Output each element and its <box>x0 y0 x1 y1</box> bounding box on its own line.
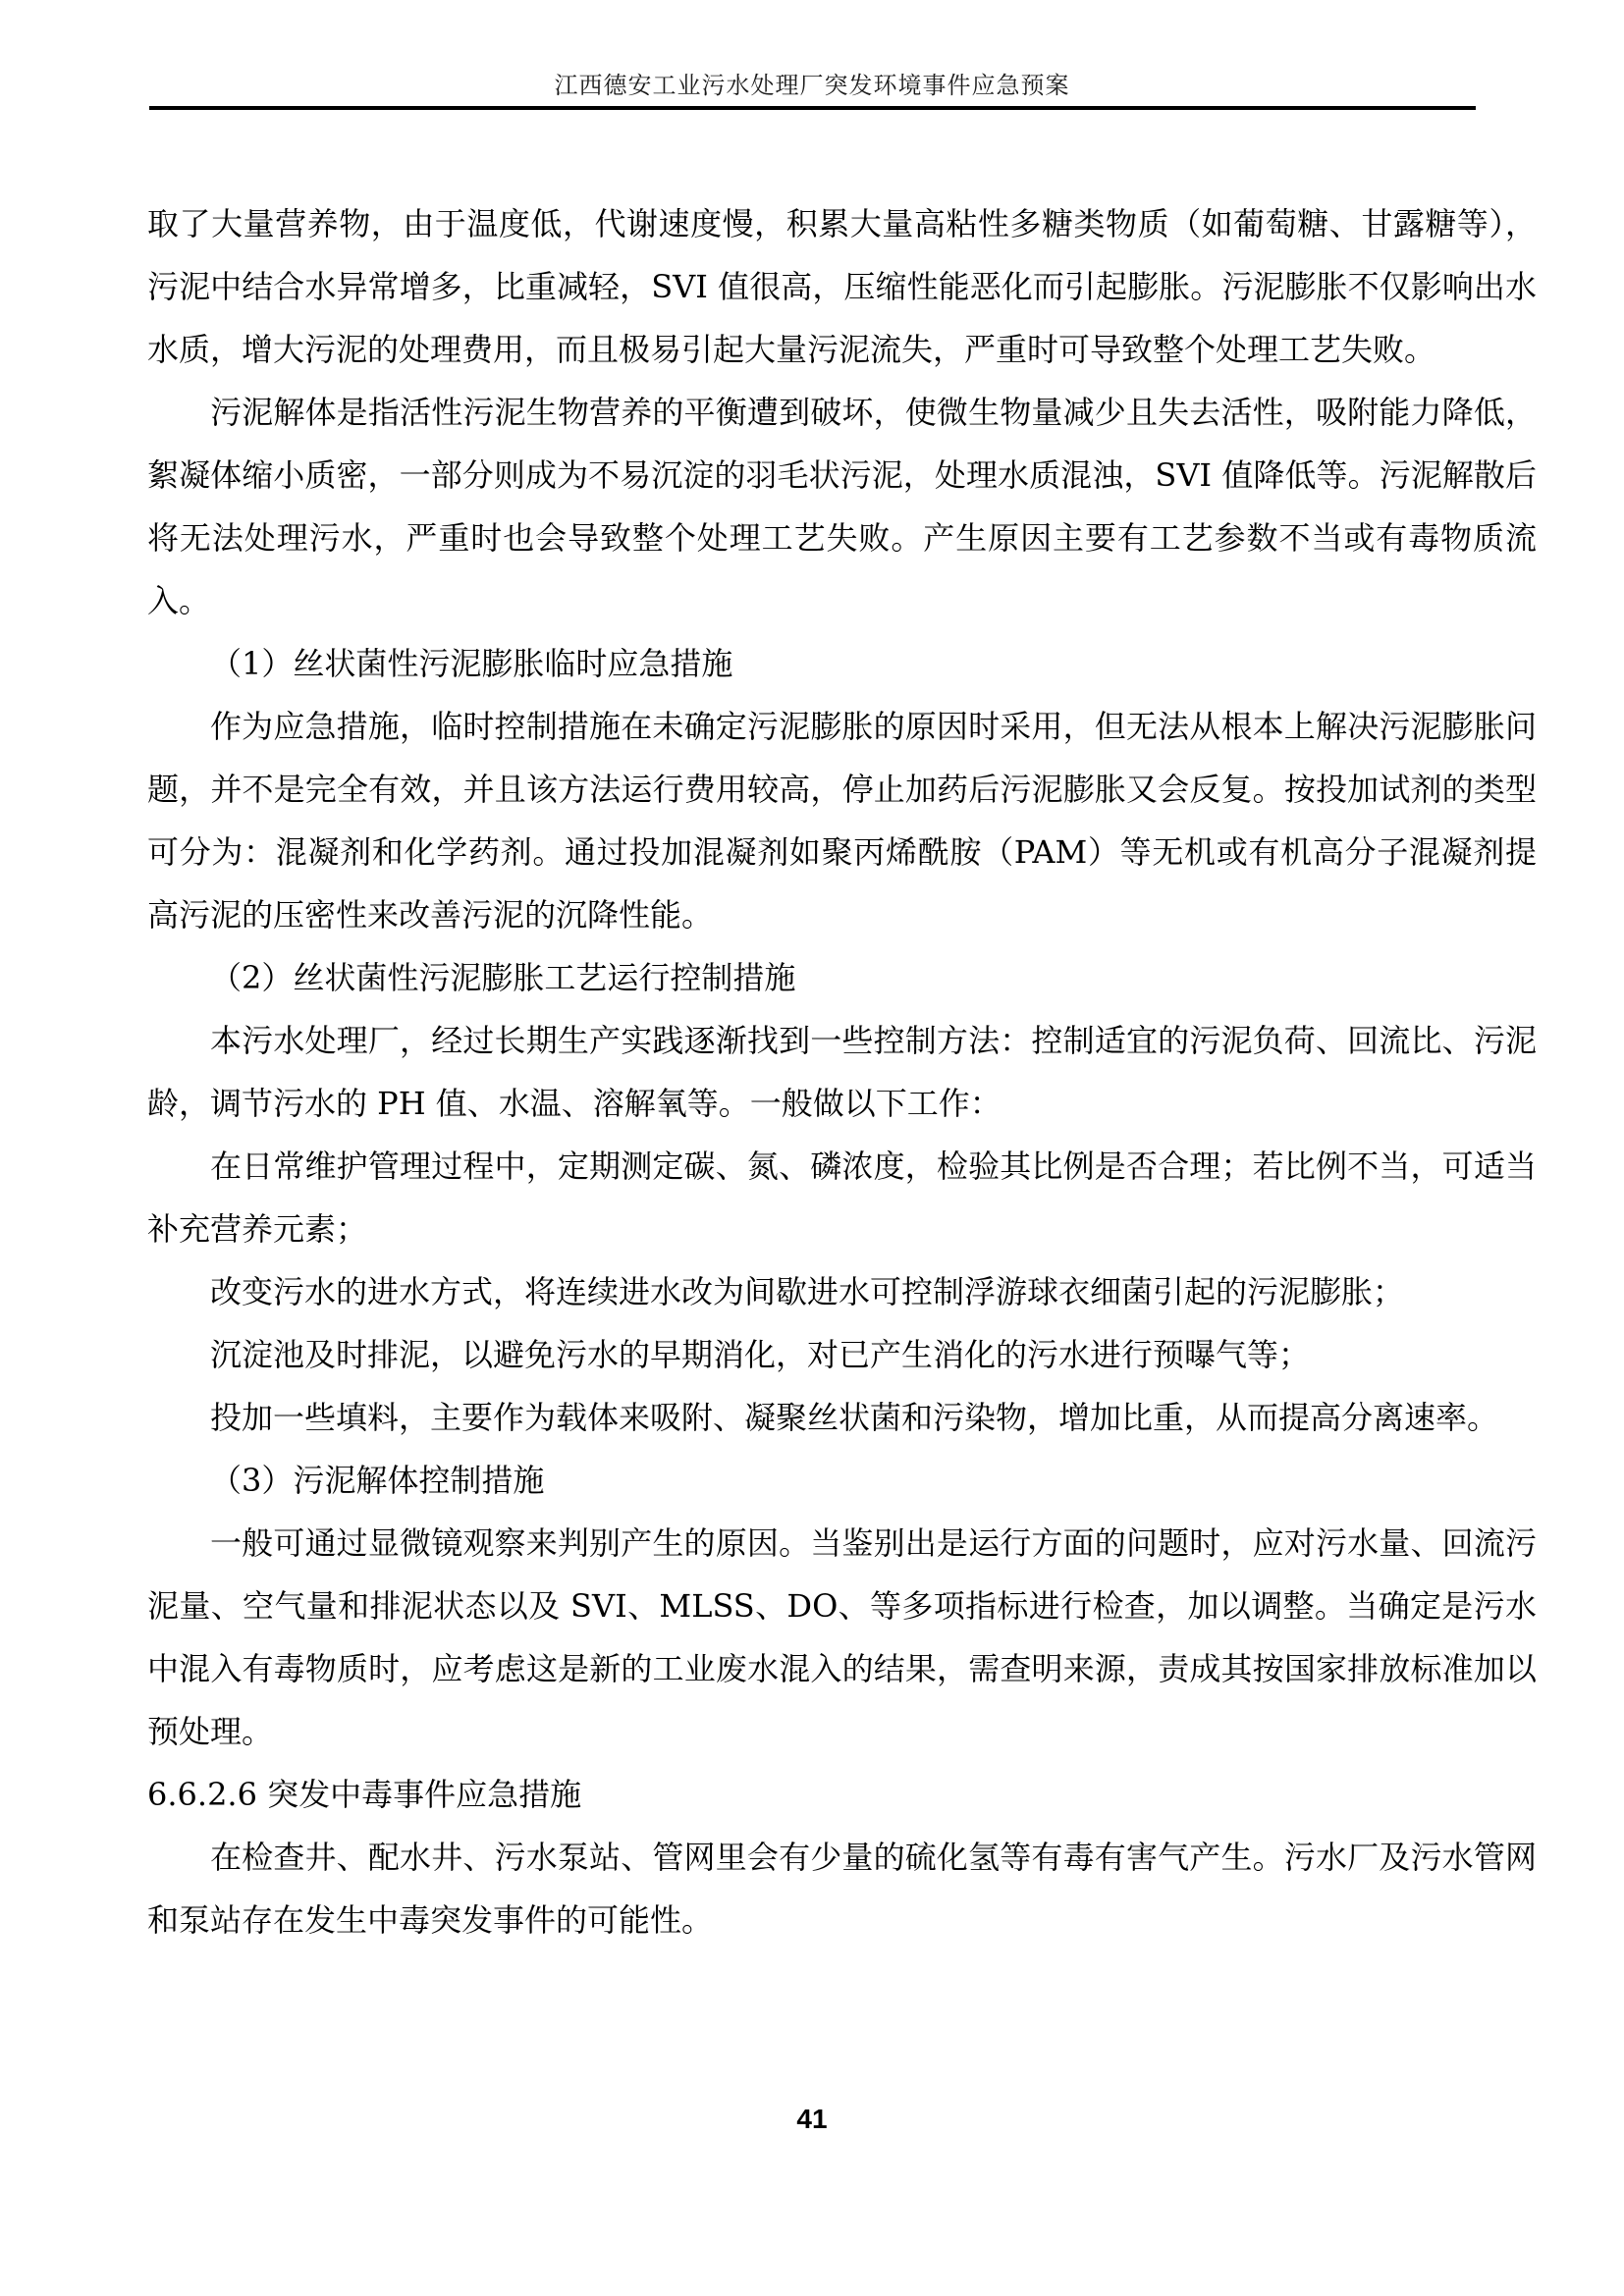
document-body: 取了大量营养物，由于温度低，代谢速度慢，积累大量高粘性多糖类物质（如葡萄糖、甘露… <box>147 192 1537 1951</box>
body-paragraph: 改变污水的进水方式，将连续进水改为间歇进水可控制浮游球衣细菌引起的污泥膨胀； <box>147 1260 1537 1323</box>
body-paragraph: 投加一些填料，主要作为载体来吸附、凝聚丝状菌和污染物，增加比重，从而提高分离速率… <box>147 1386 1537 1449</box>
body-paragraph: 一般可通过显微镜观察来判别产生的原因。当鉴别出是运行方面的问题时，应对污水量、回… <box>147 1512 1537 1763</box>
list-subheading: （1）丝状菌性污泥膨胀临时应急措施 <box>147 632 1537 695</box>
body-paragraph: 在日常维护管理过程中，定期测定碳、氮、磷浓度，检验其比例是否合理；若比例不当，可… <box>147 1135 1537 1260</box>
header-rule <box>149 106 1476 110</box>
body-paragraph: 作为应急措施，临时控制措施在未确定污泥膨胀的原因时采用，但无法从根本上解决污泥膨… <box>147 695 1537 946</box>
document-page: 江西德安工业污水处理厂突发环境事件应急预案 取了大量营养物，由于温度低，代谢速度… <box>0 0 1624 2296</box>
section-heading: 6.6.2.6 突发中毒事件应急措施 <box>147 1763 1537 1826</box>
page-header-title: 江西德安工业污水处理厂突发环境事件应急预案 <box>0 71 1624 100</box>
list-subheading: （2）丝状菌性污泥膨胀工艺运行控制措施 <box>147 946 1537 1009</box>
body-paragraph: 沉淀池及时排泥，以避免污水的早期消化，对已产生消化的污水进行预曝气等； <box>147 1323 1537 1386</box>
body-paragraph: 取了大量营养物，由于温度低，代谢速度慢，积累大量高粘性多糖类物质（如葡萄糖、甘露… <box>147 192 1537 381</box>
body-paragraph: 在检查井、配水井、污水泵站、管网里会有少量的硫化氢等有毒有害气产生。污水厂及污水… <box>147 1826 1537 1951</box>
body-paragraph: 本污水处理厂，经过长期生产实践逐渐找到一些控制方法：控制适宜的污泥负荷、回流比、… <box>147 1009 1537 1135</box>
body-paragraph: 污泥解体是指活性污泥生物营养的平衡遭到破坏，使微生物量减少且失去活性，吸附能力降… <box>147 381 1537 632</box>
page-number: 41 <box>0 2104 1624 2135</box>
list-subheading: （3）污泥解体控制措施 <box>147 1449 1537 1512</box>
